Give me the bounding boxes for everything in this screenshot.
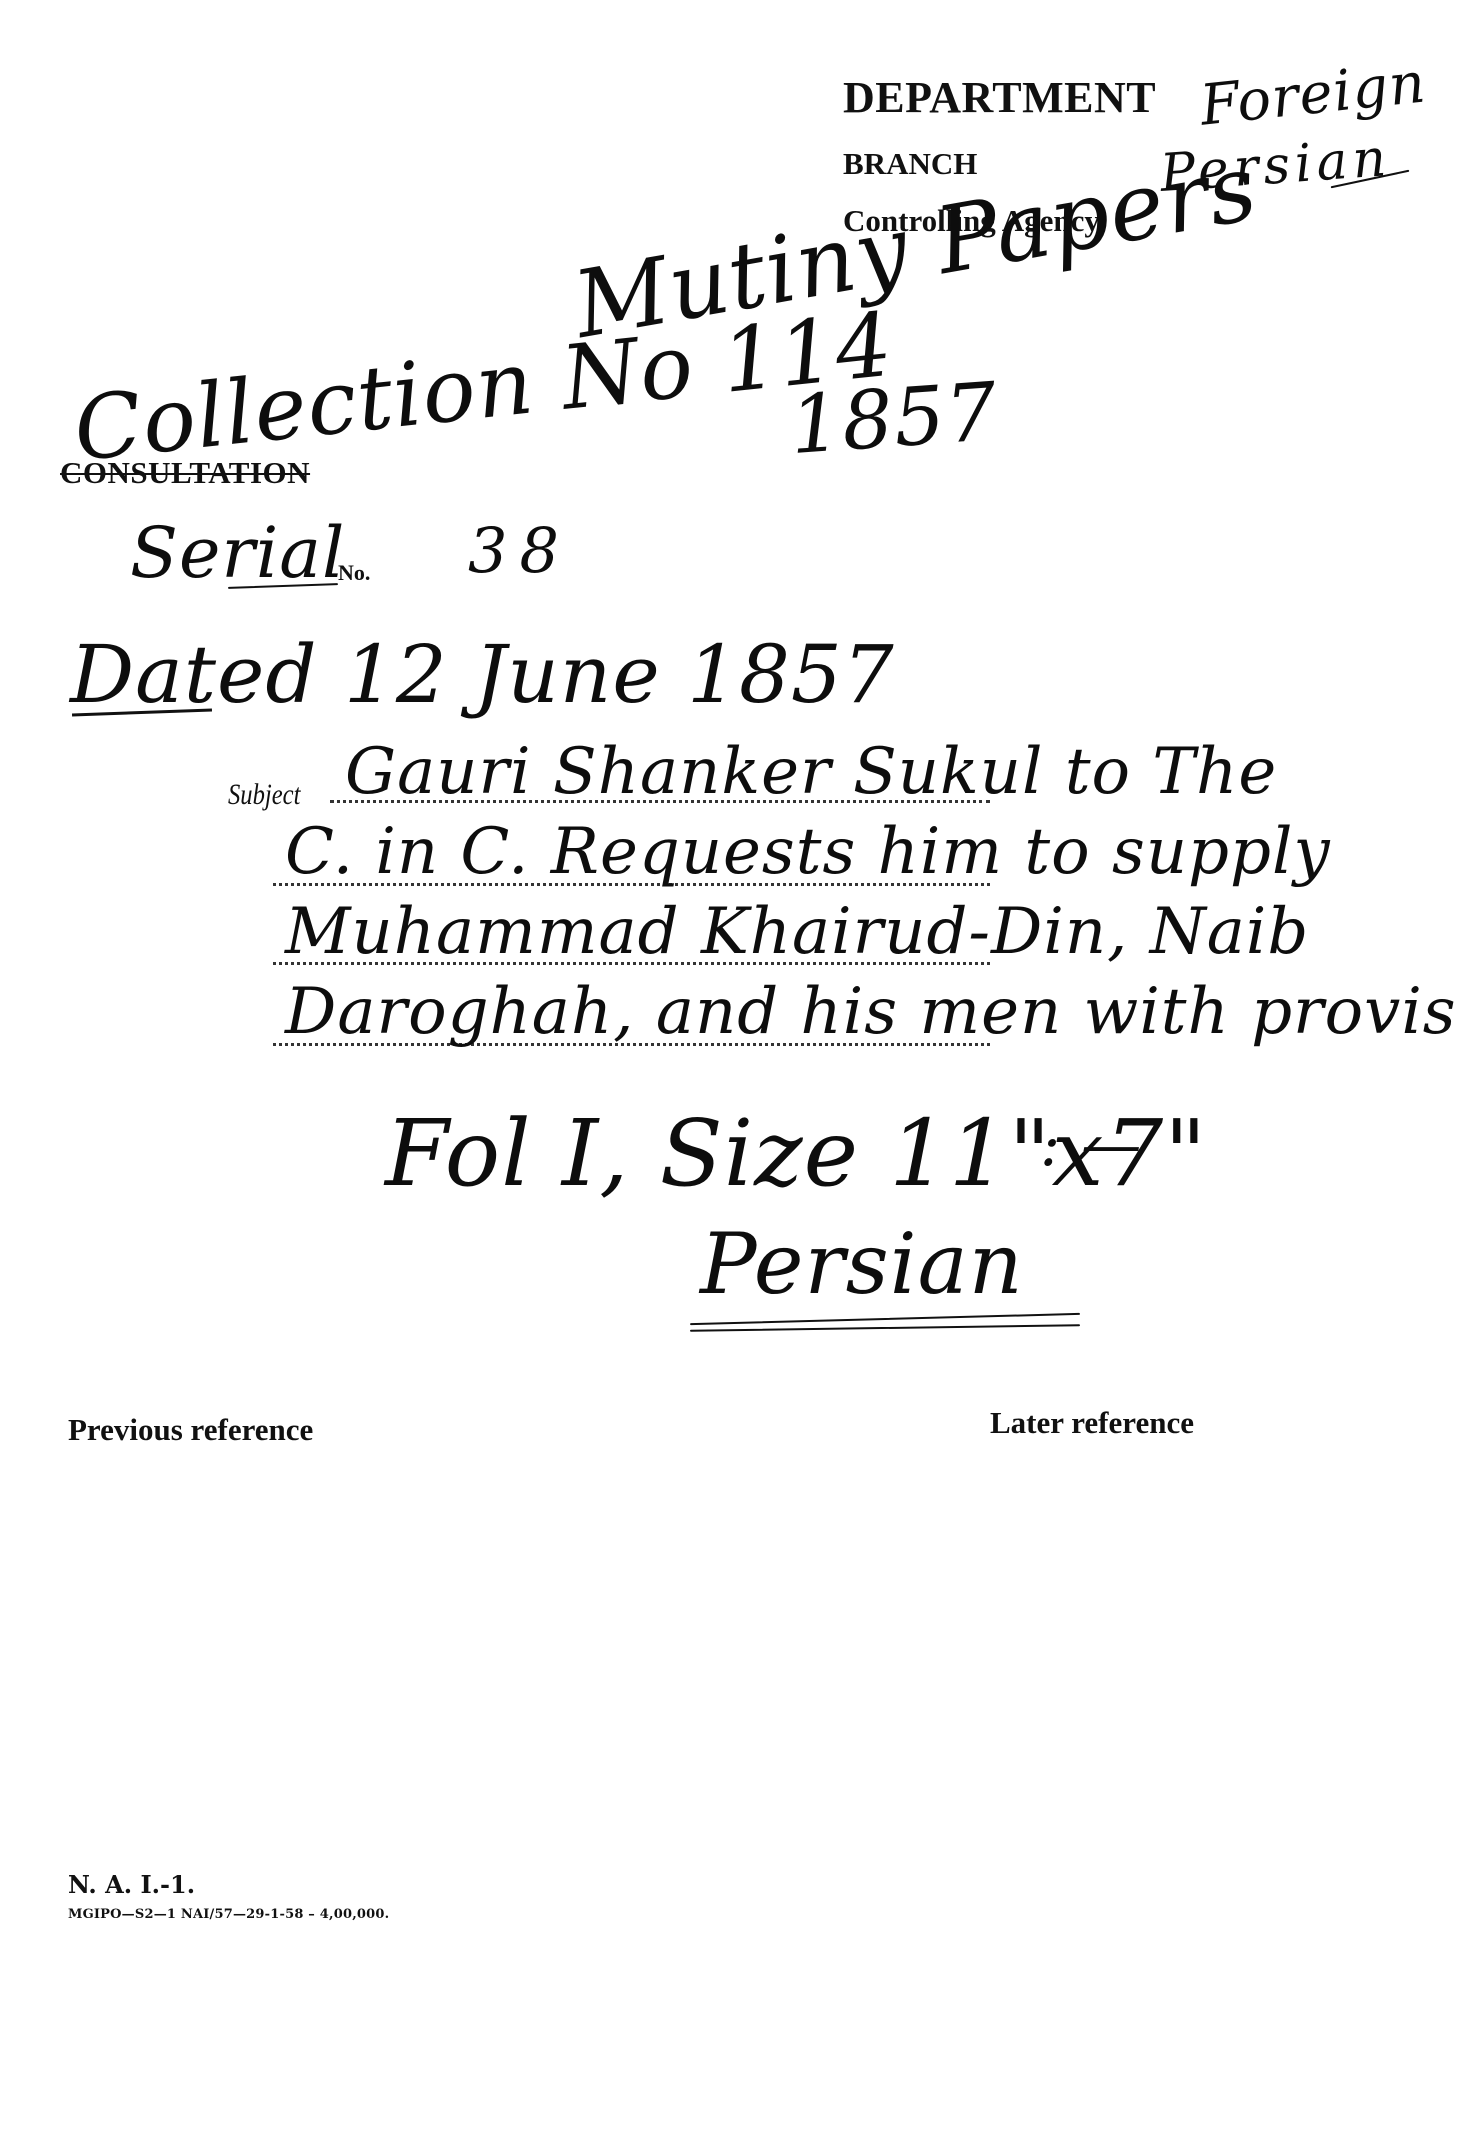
- subject-line-3: Muhammad Khairud-Din, Naib: [285, 895, 1309, 969]
- previous-reference-label: Previous reference: [68, 1412, 313, 1448]
- subject-line-2: C. in C. Requests him to supply: [285, 815, 1331, 889]
- language-underline-2: [690, 1324, 1080, 1331]
- department-value: Foreign: [1197, 50, 1429, 138]
- document-date: Dated 12 June 1857: [70, 628, 895, 721]
- form-number: N. A. I.-1.: [68, 1870, 195, 1899]
- subject-label: Subject: [228, 778, 300, 812]
- document-language: Persian: [700, 1215, 1024, 1313]
- archival-index-card: DEPARTMENT Foreign BRANCH Persian Contro…: [0, 0, 1459, 2145]
- subject-line-4: Daroghah, and his men with provisions: [285, 975, 1459, 1049]
- serial-number-value: 38: [468, 514, 571, 587]
- collection-number: Collection No 114: [69, 293, 897, 481]
- language-underline-1: [690, 1313, 1080, 1325]
- subject-line-1: Gauri Shanker Sukul to The: [345, 735, 1277, 809]
- serial-handwritten-label: Serial: [130, 512, 345, 594]
- collection-year: 1857: [787, 365, 1001, 472]
- branch-label: BRANCH: [843, 146, 977, 182]
- consultation-label: CONSULTATION: [60, 455, 310, 491]
- department-label: DEPARTMENT: [843, 72, 1156, 123]
- later-reference-label: Later reference: [990, 1405, 1194, 1441]
- serial-no-label: No.: [338, 560, 370, 586]
- print-info: MGIPO—S2—1 NAI/57—29-1-58 – 4,00,000.: [68, 1907, 389, 1922]
- folio-trailing-mark: : —: [1040, 1110, 1142, 1180]
